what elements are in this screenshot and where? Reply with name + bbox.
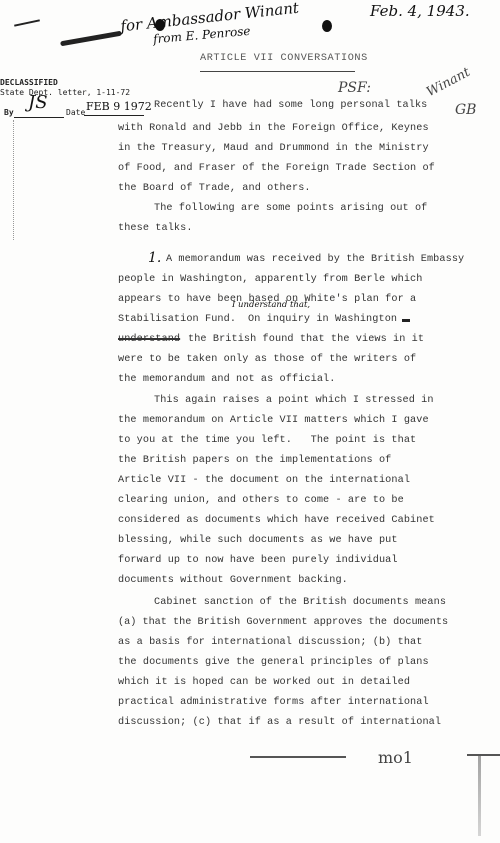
body-line: which it is hoped can be worked out in d… xyxy=(118,677,410,688)
declassification-date: FEB 9 1972 xyxy=(86,100,152,113)
declassification-authority: State Dept. letter, 1-11-72 xyxy=(0,88,130,97)
body-line: The following are some points arising ou… xyxy=(154,203,427,214)
ink-blot xyxy=(155,19,165,31)
document-title: ARTICLE VII CONVERSATIONS xyxy=(200,53,368,64)
body-line: A memorandum was received by the British… xyxy=(166,254,464,265)
body-line: considered as documents which have recei… xyxy=(118,515,435,526)
item-number: 1. xyxy=(148,250,161,266)
margin-note-winant: Winant xyxy=(424,65,473,100)
struck-text: understand xyxy=(118,334,180,345)
signature-line xyxy=(14,117,64,118)
scribbled-strikeout xyxy=(60,31,122,47)
date-line xyxy=(84,115,144,116)
ink-mark xyxy=(402,319,410,322)
declassified-label: DECLASSIFIED xyxy=(0,78,58,87)
bottom-edge-right xyxy=(467,754,500,756)
margin-initials: GB xyxy=(455,102,476,118)
handwritten-footer-mark: mo1 xyxy=(378,748,413,767)
declassifier-signature: JS xyxy=(28,92,48,113)
by-label: By xyxy=(4,108,14,117)
body-line: clearing union, and others to come - are… xyxy=(118,495,404,506)
body-line: blessing, while such documents as we hav… xyxy=(118,535,398,546)
psf-mark: PSF: xyxy=(338,80,371,96)
body-line: documents without Government backing. xyxy=(118,575,348,586)
body-line: these talks. xyxy=(118,223,193,234)
body-line: Recently I have had some long personal t… xyxy=(154,100,427,111)
body-line: the memorandum on Article VII matters wh… xyxy=(118,415,429,426)
handwritten-insert: I understand that, xyxy=(232,300,310,310)
handwritten-stroke xyxy=(14,19,40,26)
document-page: for Ambassador Winant from E. Penrose Fe… xyxy=(0,0,500,843)
body-line: (a) that the British Government approves… xyxy=(118,617,448,628)
date-label: Date xyxy=(66,108,85,117)
body-line: to you at the time you left. The point i… xyxy=(118,435,416,446)
body-line: the memorandum and not as official. xyxy=(118,374,335,385)
body-line: with Ronald and Jebb in the Foreign Offi… xyxy=(118,123,429,134)
body-line: in the Treasury, Maud and Drummond in th… xyxy=(118,143,429,154)
body-line: On inquiry in Washington xyxy=(248,314,397,325)
body-line: people in Washington, apparently from Be… xyxy=(118,274,422,285)
body-line: the documents give the general principle… xyxy=(118,657,429,668)
margin-speckle xyxy=(13,120,15,240)
bottom-edge-left xyxy=(250,756,346,758)
body-line: the Board of Trade, and others. xyxy=(118,183,311,194)
handwritten-date: Feb. 4, 1943. xyxy=(370,2,470,20)
body-line: the British found that the views in it xyxy=(188,334,424,345)
ink-blot xyxy=(322,20,332,32)
body-line: discussion; (c) that if as a result of i… xyxy=(118,717,441,728)
body-line: the British papers on the implementation… xyxy=(118,455,391,466)
body-line: Cabinet sanction of the British document… xyxy=(154,597,446,608)
body-line: were to be taken only as those of the wr… xyxy=(118,354,416,365)
body-line: Article VII - the document on the intern… xyxy=(118,475,410,486)
body-line: forward up to now have been purely indiv… xyxy=(118,555,398,566)
title-underline xyxy=(200,71,355,72)
body-line: This again raises a point which I stress… xyxy=(154,395,434,406)
body-line: of Food, and Fraser of the Foreign Trade… xyxy=(118,163,435,174)
body-line: as a basis for international discussion;… xyxy=(118,637,422,648)
body-line: practical administrative forms after int… xyxy=(118,697,429,708)
body-line: Stabilisation Fund. xyxy=(118,314,236,325)
scan-edge xyxy=(478,756,481,836)
